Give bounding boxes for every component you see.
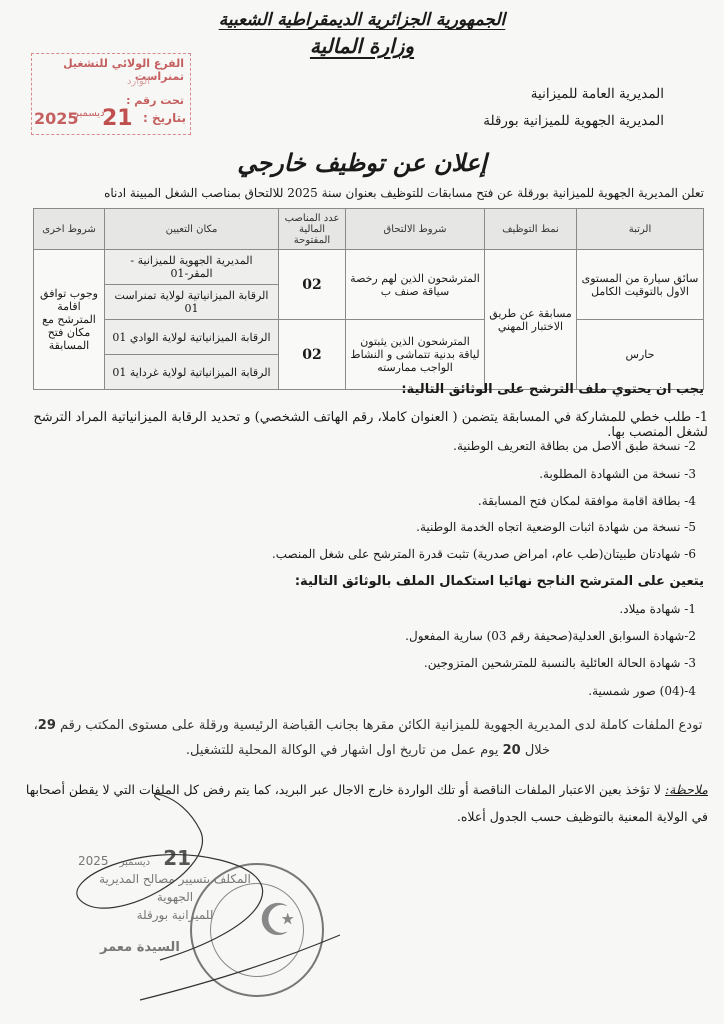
signature-month: ديسمبر: [120, 857, 150, 868]
stamp-year: 2025: [34, 109, 79, 128]
note-paragraph: ملاحظة: لا تؤخذ بعين الاعتبار الملفات ال…: [22, 776, 708, 830]
stamp-number-label: تحت رقم :: [126, 94, 184, 107]
conditions-cell: المترشحون الذين لهم رخصة سياقة صنف ب: [346, 250, 485, 320]
required-doc-item: 1- طلب خطي للمشاركة في المسابقة يتضمن ( …: [0, 410, 708, 440]
col-other: شروط اخرى: [34, 209, 105, 250]
signatory-title-line: للميزانية بورقلة: [80, 906, 270, 924]
location-cell: الرقابة الميزانياتية لولاية الوادي 01: [105, 320, 279, 355]
stamp-office: الفرع الولائي للتشغيل تمنراست: [32, 57, 184, 83]
signature-day: 21: [163, 846, 191, 870]
location-cell: الرقابة الميزانياتية لولاية غرداية 01: [105, 355, 279, 390]
required-doc-item: 2- نسخة طبق الاصل من بطاقة التعريف الوطن…: [453, 439, 696, 453]
stamp-date-label: بتاريخ :: [143, 111, 186, 125]
announcement-page: الجمهورية الجزائرية الديمقراطية الشعبية …: [0, 0, 724, 1024]
stamp-month: ديسمبر: [74, 108, 104, 119]
note-label: ملاحظة:: [665, 782, 708, 797]
intro-paragraph: تعلن المديرية الجهوية للميزانية بورقلة ع…: [20, 186, 704, 200]
republic-heading: الجمهورية الجزائرية الديمقراطية الشعبية: [0, 10, 724, 30]
office-number: 29: [38, 718, 56, 733]
signature-year: 2025: [78, 854, 109, 868]
final-doc-item: 2-شهادة السوابق العدلية(صحيفة رقم 03) سا…: [405, 629, 696, 643]
positions-cell: 02: [279, 250, 346, 320]
positions-cell: 02: [279, 320, 346, 390]
table-header-row: الرتبة نمط التوظيف شروط الالتحاق عدد الم…: [34, 209, 704, 250]
col-rank: الرتبة: [577, 209, 704, 250]
final-doc-item: 4-(04) صور شمسية.: [588, 684, 696, 698]
location-cell: الرقابة الميزانياتية لولاية تمنراست 01: [105, 285, 279, 320]
note-text: لا تؤخذ بعين الاعتبار الملفات الناقصة أو…: [26, 782, 708, 824]
required-doc-item: 5- نسخة من شهادة اثبات الوضعية اتجاه الخ…: [416, 520, 696, 534]
table-row: سائق سيارة من المستوى الاول بالتوقيت الك…: [34, 250, 704, 285]
conditions-cell: المترشحون الذين يثبتون لياقة بدنية تتماش…: [346, 320, 485, 390]
deadline-days: 20: [503, 743, 521, 758]
required-docs-heading: يجب ان يحتوي ملف الترشح على الوثائق التا…: [401, 382, 704, 397]
col-conditions: شروط الالتحاق: [346, 209, 485, 250]
stamp-day: 21: [102, 106, 133, 131]
rank-cell: حارس: [577, 320, 704, 390]
final-doc-item: 3- شهادة الحالة العائلية بالنسبة للمترشح…: [424, 656, 696, 670]
stamp-incoming: الوارد: [127, 76, 150, 87]
signature-date: 21 ديسمبر 2025: [78, 846, 191, 870]
signatory-title: المكلف بتسيير مصالح المديرية الجهوية للم…: [80, 870, 270, 924]
deposit-paragraph: تودع الملفات كاملة لدى المديرية الجهوية …: [30, 713, 706, 763]
col-location: مكان التعيين: [105, 209, 279, 250]
announcement-title: إعلان عن توظيف خارجي: [0, 148, 724, 177]
required-doc-item: 4- بطاقة اقامة موافقة لمكان فتح المسابقة…: [478, 494, 696, 508]
rank-cell: سائق سيارة من المستوى الاول بالتوقيت الك…: [577, 250, 704, 320]
col-positions: عدد المناصب المالية المفتوحة: [279, 209, 346, 250]
location-cell: المديرية الجهوية للميزانية - المقر-01: [105, 250, 279, 285]
col-mode: نمط التوظيف: [485, 209, 577, 250]
final-docs-heading: يتعين على المترشح الناجح نهائيا استكمال …: [295, 574, 704, 589]
directorate-general: المديرية العامة للميزانية: [531, 86, 664, 102]
received-stamp: الفرع الولائي للتشغيل تمنراست الوارد تحت…: [31, 53, 191, 135]
required-doc-item: 3- نسخة من الشهادة المطلوبة.: [539, 467, 696, 481]
signatory-title-line: المكلف بتسيير مصالح المديرية الجهوية: [80, 870, 270, 906]
deposit-text: يوم عمل من تاريخ اول اشهار في الوكالة ال…: [186, 743, 499, 758]
other-conditions-cell: وجوب توافق اقامة المترشح مع مكان فتح الم…: [34, 250, 105, 390]
deposit-text: تودع الملفات كاملة لدى المديرية الجهوية …: [60, 718, 702, 733]
positions-table: الرتبة نمط التوظيف شروط الالتحاق عدد الم…: [33, 208, 704, 390]
table-row: حارس المترشحون الذين يثبتون لياقة بدنية …: [34, 320, 704, 355]
signatory-name: السيدة معمر: [100, 940, 180, 955]
directorate-regional: المديرية الجهوية للميزانية بورقلة: [483, 113, 664, 129]
final-doc-item: 1- شهادة ميلاد.: [619, 602, 696, 616]
required-doc-item: 6- شهادتان طبيتان(طب عام، امراض صدرية) ت…: [272, 547, 696, 561]
mode-cell: مسابقة عن طريق الاختبار المهني: [485, 250, 577, 390]
